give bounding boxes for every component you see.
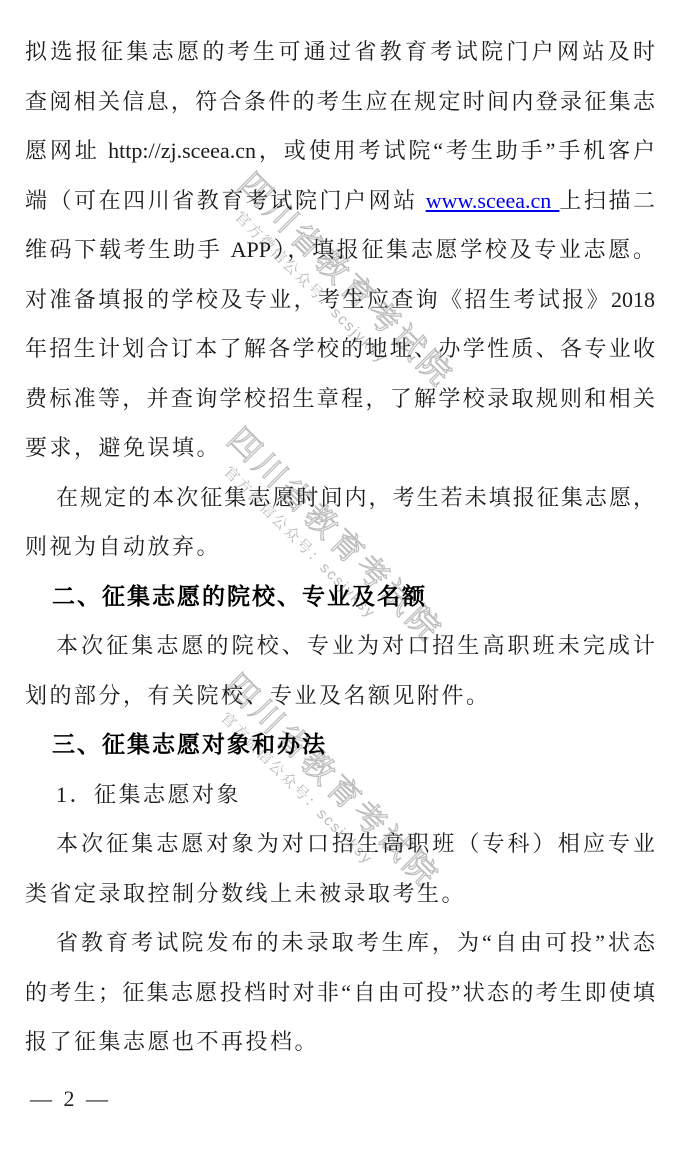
text-line: 年招生计划合订本了解各学校的地址、办学性质、各专业收 (25, 324, 655, 374)
line-text: 端（可在四川省教育考试院门户网站 (25, 188, 426, 213)
text-line: 省教育考试院发布的未录取考生库，为“自由可投”状态 (25, 918, 655, 968)
page-number: — 2 — (30, 1086, 111, 1112)
line-text: 上扫描二 (559, 188, 655, 213)
text-line: 端（可在四川省教育考试院门户网站 www.sceea.cn 上扫描二 (25, 176, 655, 226)
text-line: 类省定录取控制分数线上未被录取考生。 (25, 869, 655, 919)
section-heading: 二、征集志愿的院校、专业及名额 (25, 572, 655, 622)
sceea-link[interactable]: www.sceea.cn (426, 188, 560, 213)
text-line: 对准备填报的学校及专业，考生应查询《招生考试报》2018 (25, 275, 655, 325)
section-heading: 三、征集志愿对象和办法 (25, 720, 655, 770)
text-line: 费标准等，并查询学校招生章程，了解学校录取规则和相关 (25, 374, 655, 424)
text-line: 要求，避免误填。 (25, 423, 655, 473)
text-line: 愿网址 http://zj.sceea.cn，或使用考试院“考生助手”手机客户 (25, 126, 655, 176)
text-line: 维码下载考生助手 APP），填报征集志愿学校及专业志愿。 (25, 225, 655, 275)
text-line: 则视为自动放弃。 (25, 522, 655, 572)
text-line: 划的部分，有关院校、专业及名额见附件。 (25, 671, 655, 721)
text-line: 报了征集志愿也不再投档。 (25, 1017, 655, 1067)
text-line: 查阅相关信息，符合条件的考生应在规定时间内登录征集志 (25, 77, 655, 127)
text-line: 本次征集志愿对象为对口招生高职班（专科）相应专业 (25, 819, 655, 869)
text-line: 本次征集志愿的院校、专业为对口招生高职班未完成计 (25, 621, 655, 671)
text-line: 在规定的本次征集志愿时间内，考生若未填报征集志愿， (25, 473, 655, 523)
document-body: 拟选报征集志愿的考生可通过省教育考试院门户网站及时查阅相关信息，符合条件的考生应… (25, 27, 655, 1067)
document-page: 四川省教育考试院 官方微信公众号：scsjyksy 四川省教育考试院 官方微信公… (0, 0, 680, 1150)
text-line: 1．征集志愿对象 (25, 770, 655, 820)
text-line: 拟选报征集志愿的考生可通过省教育考试院门户网站及时 (25, 27, 655, 77)
text-line: 的考生；征集志愿投档时对非“自由可投”状态的考生即使填 (25, 968, 655, 1018)
